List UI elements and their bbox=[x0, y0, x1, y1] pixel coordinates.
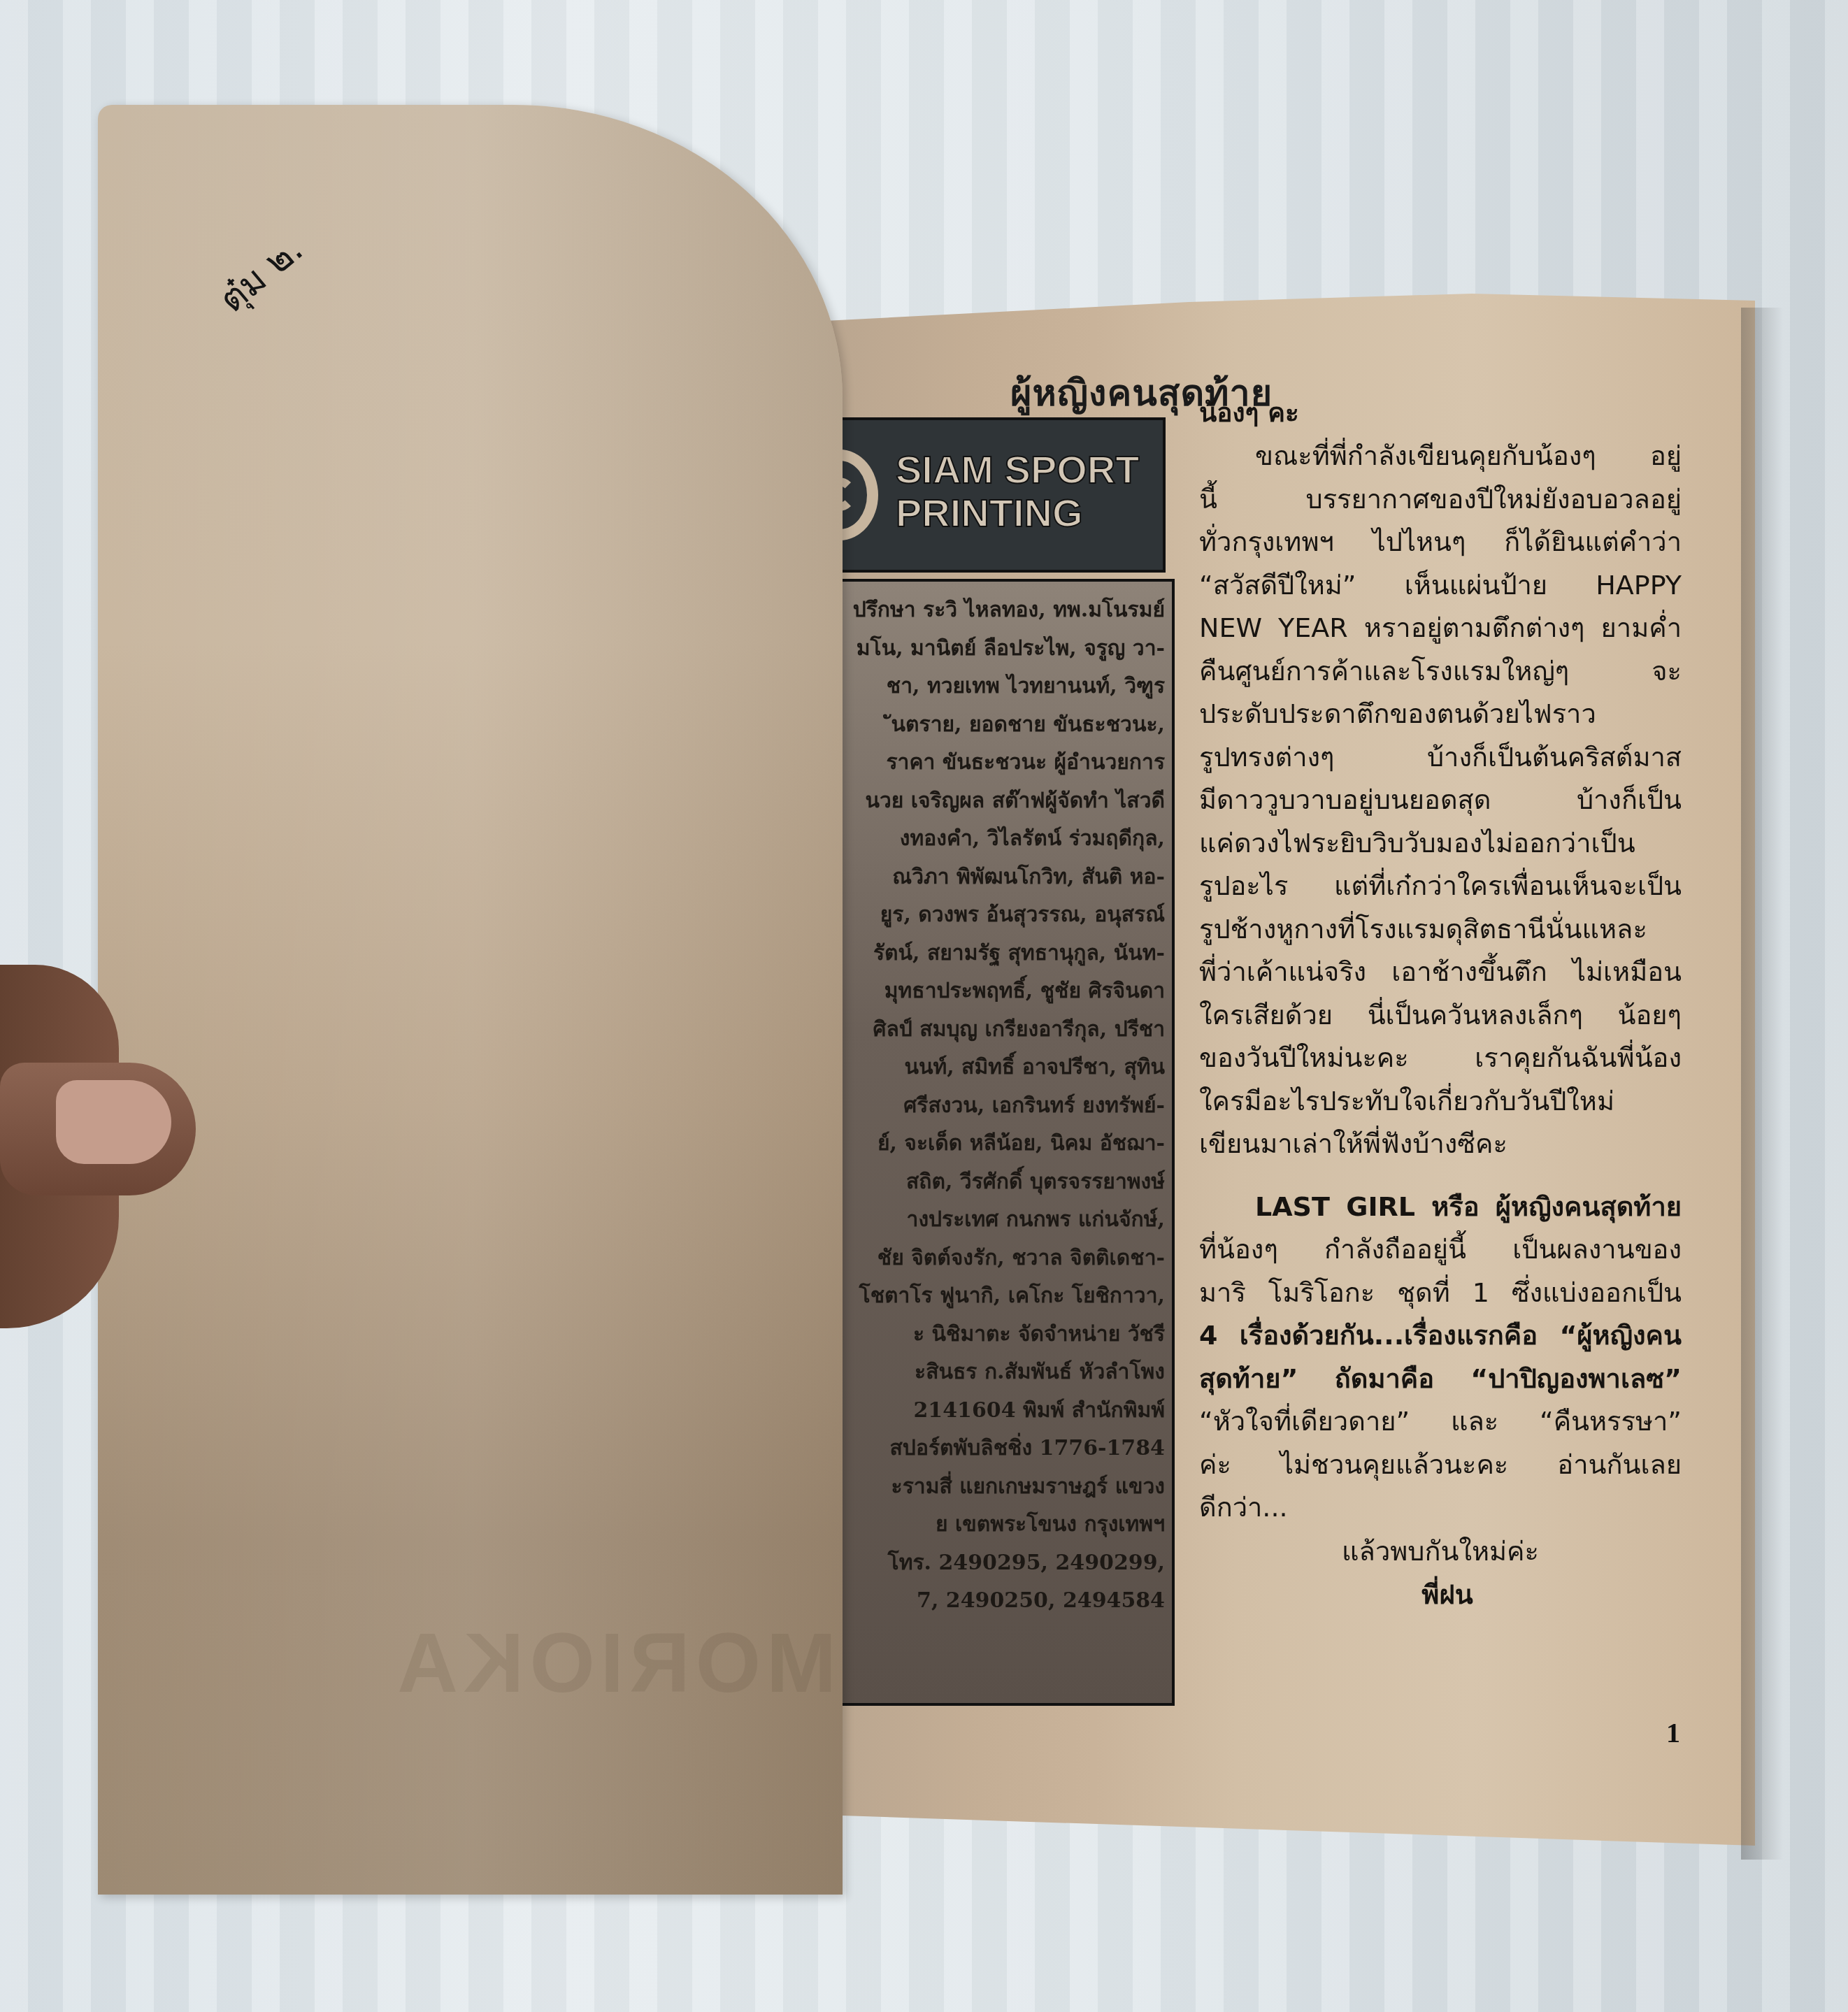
credits-line: างประเทศ กนกพร แก่นจักษ์, bbox=[821, 1201, 1165, 1239]
logo-text: SIAM SPORT PRINTING bbox=[896, 448, 1139, 535]
credits-line: ะสินธร ก.สัมพันธ์ หัวลำโพง bbox=[821, 1353, 1165, 1392]
credits-line: ย์, จะเด็ด หลีน้อย, นิคม อัชฌา- bbox=[821, 1125, 1165, 1163]
paragraph-line: ขณะที่พี่กำลังเขียนคุยกับน้องๆ อยู่ bbox=[1199, 435, 1682, 478]
credits-line: สถิต, วีรศักดิ์ บุตรจรรยาพงษ์ bbox=[821, 1163, 1165, 1202]
signature: พี่ฝน bbox=[1199, 1573, 1682, 1616]
credits-line: ะ นิชิมาตะ จัดจำหน่าย วัชรี bbox=[821, 1316, 1165, 1354]
paragraph-line: เขียนมาเล่าให้พี่ฟังบ้างซีคะ bbox=[1199, 1123, 1682, 1166]
salutation: น้องๆ คะ bbox=[1199, 391, 1682, 435]
credits-line: 2141604 พิมพ์ สำนักพิมพ์ bbox=[821, 1392, 1165, 1430]
credits-line: ราคา ขันธะชวนะ ผู้อำนวยการ bbox=[821, 744, 1165, 782]
editor-letter: น้องๆ คะ ขณะที่พี่กำลังเขียนคุยกับน้องๆ … bbox=[1199, 391, 1682, 1616]
paragraph-line: มาริ โมริโอกะ ชุดที่ 1 ซึ่งแบ่งออกเป็น bbox=[1199, 1272, 1682, 1315]
paragraph-line: แค่ดวงไฟระยิบวิบวับมองไม่ออกว่าเป็น bbox=[1199, 822, 1682, 865]
paragraph-line: ใครเสียด้วย นี่เป็นควันหลงเล็กๆ น้อยๆ bbox=[1199, 994, 1682, 1037]
hand-holding-page bbox=[0, 965, 203, 1328]
logo-line-2: PRINTING bbox=[896, 491, 1139, 535]
paragraph-line: นี้ บรรยากาศของปีใหม่ยังอบอวลอยู่ bbox=[1199, 478, 1682, 522]
paragraph-line: “สวัสดีปีใหม่” เห็นแผ่นป้าย HAPPY bbox=[1199, 564, 1682, 608]
paragraph-line: 4 เรื่องด้วยกัน...เรื่องแรกคือ “ผู้หญิงค… bbox=[1199, 1314, 1682, 1358]
page-edge-shadow bbox=[1741, 308, 1783, 1860]
credits-line: 7, 2490250, 2494584 bbox=[821, 1582, 1165, 1621]
paragraph-line: LAST GIRL หรือ ผู้หญิงคนสุดท้าย bbox=[1199, 1186, 1682, 1229]
credits-line: นวย เจริญผล สต๊าฟผู้จัดทำ ไสวดี bbox=[821, 782, 1165, 821]
credits-line: สปอร์ตพับลิชชิ่ง 1776-1784 bbox=[821, 1430, 1165, 1468]
credits-line: ปรึกษา ระวิ ไหลทอง, ทพ.มโนรมย์ bbox=[821, 591, 1165, 630]
paragraph-line: รูปทรงต่างๆ บ้างก็เป็นต้นคริสต์มาส bbox=[1199, 736, 1682, 779]
paragraph-line: สุดท้าย” ถัดมาคือ “ปาปิญองพาเลซ” bbox=[1199, 1358, 1682, 1401]
paragraph-line: ที่น้องๆ กำลังถืออยู่นี้ เป็นผลงานของ bbox=[1199, 1228, 1682, 1272]
credits-box: ปรึกษา ระวิ ไหลทอง, ทพ.มโนรมย์ มโน, มานิ… bbox=[812, 579, 1175, 1706]
paragraph-line: คืนศูนย์การค้าและโรงแรมใหญ่ๆ จะ bbox=[1199, 650, 1682, 694]
left-page-folded[interactable]: MORIOKA bbox=[98, 105, 843, 1895]
credits-line: ศรีสงวน, เอกรินทร์ ยงทรัพย์- bbox=[821, 1087, 1165, 1126]
credits-line: นนท์, สมิทธิ์ อาจปรีชา, สุทิน bbox=[821, 1049, 1165, 1087]
credits-line: รัตน์, สยามรัฐ สุทธานุกูล, นันท- bbox=[821, 935, 1165, 973]
paragraph-line: ทั่วกรุงเทพฯ ไปไหนๆ ก็ได้ยินแต่คำว่า bbox=[1199, 521, 1682, 564]
bleed-through-text: MORIOKA bbox=[392, 1615, 836, 1711]
paragraph-line: ค่ะ ไม่ชวนคุยแล้วนะคะ อ่านกันเลย bbox=[1199, 1444, 1682, 1487]
credits-line: ชัย จิตต์จงรัก, ชวาล จิตติเดชา- bbox=[821, 1239, 1165, 1278]
logo-line-1: SIAM SPORT bbox=[896, 448, 1139, 491]
credits-line: มุทธาประพฤทธิ์, ชูชัย ศิรจินดา bbox=[821, 972, 1165, 1011]
credits-line: ย เขตพระโขนง กรุงเทพฯ bbox=[821, 1506, 1165, 1544]
paragraph-line: “หัวใจที่เดียวดาย” และ “คืนหรรษา” bbox=[1199, 1400, 1682, 1444]
credits-line: ยูร, ดวงพร อ้นสุวรรณ, อนุสรณ์ bbox=[821, 896, 1165, 935]
credits-line: โทร. 2490295, 2490299, bbox=[821, 1544, 1165, 1583]
credits-line: โชตาโร ฟูนากิ, เคโกะ โยชิกาวา, bbox=[821, 1277, 1165, 1316]
paragraph-line: NEW YEAR หราอยู่ตามตึกต่างๆ ยามค่ำ bbox=[1199, 607, 1682, 650]
credits-line: ะรามสี่ แยกเกษมราษฎร์ แขวง bbox=[821, 1468, 1165, 1507]
paragraph-line: พี่ว่าเค้าแน่จริง เอาช้างขึ้นตึก ไม่เหมื… bbox=[1199, 951, 1682, 994]
credits-line: ศิลป์ สมบุญ เกรียงอารีกุล, ปรีชา bbox=[821, 1011, 1165, 1049]
signoff: แล้วพบกันใหม่ค่ะ bbox=[1199, 1530, 1682, 1573]
paragraph-line: ประดับประดาตึกของตนด้วยไฟราว bbox=[1199, 693, 1682, 736]
paragraph-line: รูปอะไร แต่ที่เก๋กว่าใครเพื่อนเห็นจะเป็น bbox=[1199, 865, 1682, 908]
credits-line: มโน, มานิตย์ ลือประไพ, จรูญ วา- bbox=[821, 630, 1165, 668]
credits-line: ณวิภา พิพัฒนโกวิท, สันติ หอ- bbox=[821, 858, 1165, 897]
paragraph-line: ใครมีอะไรประทับใจเกี่ยวกับวันปีใหม่ bbox=[1199, 1080, 1682, 1123]
credits-line: งทองคำ, วิไลรัตน์ ร่วมฤดีกุล, bbox=[821, 820, 1165, 858]
siam-sport-printing-logo: SIAM SPORT PRINTING bbox=[812, 417, 1166, 573]
credits-line: ชา, ทวยเทพ ไวทยานนท์, วิฑูร bbox=[821, 668, 1165, 706]
paragraph-line: ดีกว่า... bbox=[1199, 1486, 1682, 1530]
credits-line: ันตราย, ยอดชาย ขันธะชวนะ, bbox=[821, 706, 1165, 745]
page-number: 1 bbox=[1666, 1716, 1680, 1749]
thumbnail bbox=[56, 1080, 171, 1164]
paragraph-line: รูปช้างหูกางที่โรงแรมดุสิตธานีนั่นแหละ bbox=[1199, 908, 1682, 951]
paragraph-line: มีดาววูบวาบอยู่บนยอดสุด บ้างก็เป็น bbox=[1199, 779, 1682, 822]
paragraph-line: ของวันปีใหม่นะคะ เราคุยกันฉันพี่น้อง bbox=[1199, 1037, 1682, 1080]
